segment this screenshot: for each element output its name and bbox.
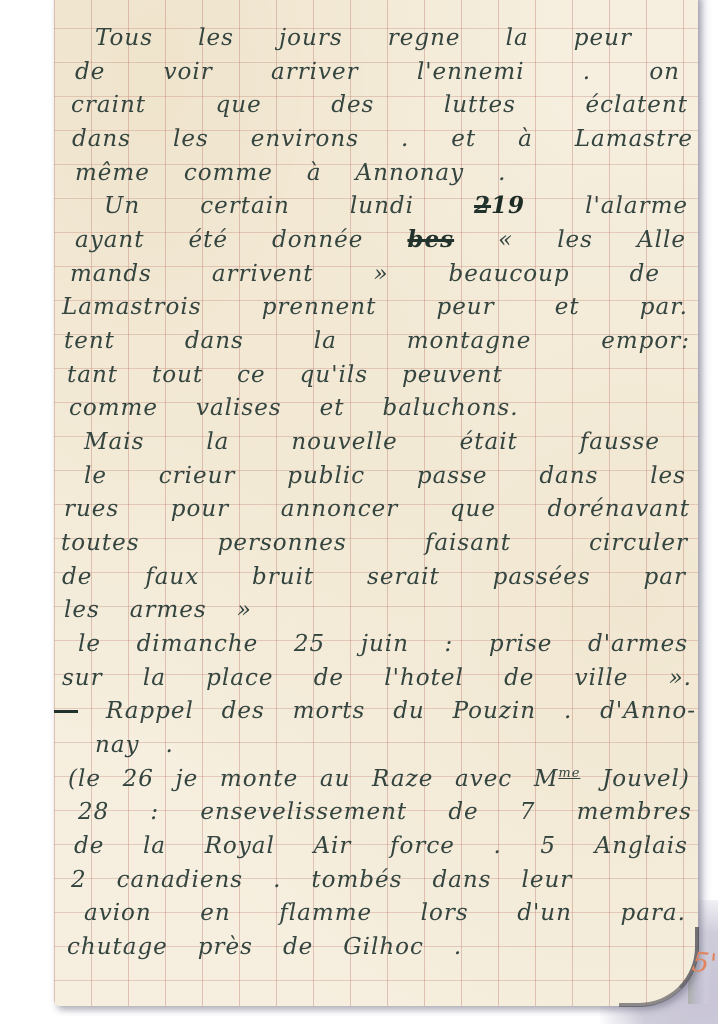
word: d'un bbox=[517, 897, 572, 929]
handwritten-line: (le26jemonteauRazeavecMmeJouvel) bbox=[68, 763, 690, 797]
word: de bbox=[504, 662, 534, 694]
word: . bbox=[401, 123, 409, 155]
word: Pouzin bbox=[453, 695, 537, 727]
word: la bbox=[143, 830, 166, 862]
handwritten-line: ruespourannoncerquedorénavant bbox=[64, 493, 690, 527]
word: 26 bbox=[123, 763, 154, 795]
word: canadiens bbox=[117, 864, 243, 896]
word: ce bbox=[237, 359, 266, 391]
word: 28 bbox=[78, 796, 109, 828]
word: juin bbox=[361, 628, 409, 660]
handwritten-line: avionenflammelorsd'unpara. bbox=[84, 897, 686, 931]
word: dimanche bbox=[137, 628, 259, 660]
word: le bbox=[78, 628, 101, 660]
word: ». bbox=[669, 662, 692, 694]
word: crieur bbox=[159, 460, 236, 492]
word: morts bbox=[293, 695, 366, 727]
word: tombés bbox=[311, 864, 402, 896]
word: Un bbox=[104, 190, 140, 222]
handwritten-line: lecrieurpublicpassedansles bbox=[84, 460, 686, 494]
word: et bbox=[451, 123, 476, 155]
word: montagne bbox=[407, 325, 532, 357]
word: 2 bbox=[71, 864, 87, 896]
word: les bbox=[650, 460, 686, 492]
word: prennent bbox=[262, 291, 377, 323]
handwritten-line: defauxbruitseraitpasséespar bbox=[62, 561, 686, 595]
word: d'armes bbox=[588, 628, 688, 660]
word: faux bbox=[145, 561, 199, 593]
word: peur bbox=[574, 22, 632, 54]
word: l'alarme bbox=[585, 190, 688, 222]
word: comme bbox=[184, 157, 273, 189]
handwritten-line: 2canadiens.tombésdansleur bbox=[71, 864, 684, 898]
word: en bbox=[200, 897, 230, 929]
handwritten-line: tentdanslamontagneempor: bbox=[64, 325, 690, 359]
word: 25 bbox=[294, 628, 325, 660]
word: éclatent bbox=[586, 89, 688, 121]
word: prise bbox=[489, 628, 553, 660]
word: . bbox=[583, 56, 591, 88]
word: près bbox=[198, 931, 253, 963]
word: Air bbox=[313, 830, 351, 862]
word: . bbox=[454, 931, 462, 963]
handwritten-line: ledimanche25juin:prised'armes bbox=[78, 628, 688, 662]
word: place bbox=[206, 662, 273, 694]
word: Alle bbox=[637, 224, 686, 256]
word: que bbox=[450, 493, 496, 525]
word: avion bbox=[84, 897, 152, 929]
handwritten-line: Uncertainlundi219l'alarme bbox=[104, 190, 688, 224]
word: je bbox=[176, 763, 199, 795]
word: Annonay bbox=[356, 157, 465, 189]
word: flamme bbox=[279, 897, 372, 929]
word: toutes bbox=[61, 527, 140, 559]
word: donnée bbox=[272, 224, 363, 256]
word: de bbox=[630, 258, 660, 290]
word: de bbox=[74, 830, 104, 862]
handwritten-line: ayantétédonnéebes«lesAlle bbox=[75, 224, 686, 258]
word: du bbox=[393, 695, 425, 727]
word: faisant bbox=[425, 527, 511, 559]
word: chutage bbox=[67, 931, 168, 963]
handwritten-line: Lamastroisprennentpeuretpar. bbox=[62, 291, 688, 325]
word: . bbox=[498, 157, 506, 189]
handwritten-line: Touslesjoursregnelapeur bbox=[95, 22, 632, 56]
word: serait bbox=[367, 561, 440, 593]
word: avec bbox=[455, 763, 512, 795]
word: baluchons. bbox=[382, 392, 518, 424]
word: par bbox=[644, 561, 686, 593]
word: monte bbox=[220, 763, 298, 795]
word: para. bbox=[620, 897, 685, 929]
word: les bbox=[557, 224, 593, 256]
word: empor: bbox=[601, 325, 690, 357]
word: peur bbox=[436, 291, 494, 323]
word: Lamastre bbox=[575, 123, 693, 155]
word: luttes bbox=[444, 89, 516, 121]
word: annoncer bbox=[281, 493, 399, 525]
word: été bbox=[189, 224, 228, 256]
word: et bbox=[320, 392, 345, 424]
handwritten-line: craintquedeslutteséclatent bbox=[71, 89, 688, 123]
handwritten-line: mandsarrivent»beaucoupde bbox=[70, 258, 660, 292]
word: au bbox=[320, 763, 351, 795]
word: dans bbox=[539, 460, 598, 492]
word: tout bbox=[152, 359, 203, 391]
word: . bbox=[166, 729, 174, 761]
word: 219 bbox=[474, 190, 525, 222]
handwritten-text: Touslesjoursregnelapeurdevoirarriverl'en… bbox=[54, 0, 698, 1006]
word: . bbox=[273, 864, 281, 896]
word: force bbox=[390, 830, 455, 862]
word: pour bbox=[171, 493, 229, 525]
handwritten-line: nay. bbox=[95, 729, 684, 763]
word: passées bbox=[493, 561, 591, 593]
word: dorénavant bbox=[548, 493, 690, 525]
word: était bbox=[460, 426, 518, 458]
word: Royal bbox=[205, 830, 275, 862]
word: . bbox=[564, 695, 572, 727]
word: dans bbox=[185, 325, 244, 357]
word: membres bbox=[577, 796, 692, 828]
handwritten-line: devoirarriverl'ennemi.on bbox=[75, 56, 680, 90]
handwritten-line: —RappeldesmortsduPouzin.d'Anno- bbox=[54, 695, 696, 729]
word: Rappel bbox=[106, 695, 194, 727]
handwritten-line: mêmecommeàAnnonay. bbox=[75, 157, 684, 191]
word: « bbox=[498, 224, 513, 256]
word: à bbox=[518, 123, 533, 155]
word: — bbox=[54, 695, 78, 727]
handwritten-line: toutespersonnesfaisantcirculer bbox=[61, 527, 688, 561]
word: : bbox=[445, 628, 454, 660]
word: tent bbox=[64, 325, 115, 357]
word: peuvent bbox=[402, 359, 503, 391]
handwritten-line: 28:ensevelissementde7membres bbox=[78, 796, 692, 830]
word: la bbox=[506, 22, 529, 54]
word: fausse bbox=[580, 426, 660, 458]
word: les bbox=[64, 594, 100, 626]
word: Raze bbox=[372, 763, 433, 795]
word: leur bbox=[522, 864, 573, 896]
word: de bbox=[448, 796, 478, 828]
word: des bbox=[222, 695, 265, 727]
word: à bbox=[307, 157, 322, 189]
handwritten-line: lesarmes» bbox=[64, 594, 684, 628]
word: ayant bbox=[75, 224, 144, 256]
word: jours bbox=[279, 22, 343, 54]
word: la bbox=[206, 426, 229, 458]
word: beaucoup bbox=[449, 258, 570, 290]
word: le bbox=[84, 460, 107, 492]
handwritten-line: surlaplacedel'hoteldeville». bbox=[62, 662, 692, 696]
word: (le bbox=[68, 763, 101, 795]
word: Jouvel) bbox=[602, 763, 690, 795]
word: nay bbox=[95, 729, 140, 761]
word: Mme bbox=[534, 763, 581, 799]
word: les bbox=[173, 123, 209, 155]
word: rues bbox=[64, 493, 119, 525]
word: bes bbox=[407, 224, 454, 256]
word: l'ennemi bbox=[417, 56, 525, 88]
word: sur bbox=[62, 662, 103, 694]
word: arriver bbox=[271, 56, 359, 88]
word: de bbox=[314, 662, 344, 694]
word: qu'ils bbox=[300, 359, 368, 391]
word: 7 bbox=[520, 796, 536, 828]
word: nouvelle bbox=[291, 426, 397, 458]
word: lundi bbox=[350, 190, 414, 222]
word: et bbox=[555, 291, 580, 323]
word: personnes bbox=[218, 527, 347, 559]
word: Anglais bbox=[595, 830, 688, 862]
handwritten-line: danslesenvirons.etàLamastre bbox=[72, 123, 693, 157]
word: les bbox=[198, 22, 234, 54]
word: : bbox=[150, 796, 159, 828]
word: ensevelissement bbox=[200, 796, 407, 828]
word: environs bbox=[251, 123, 359, 155]
word: ville bbox=[575, 662, 629, 694]
word: certain bbox=[200, 190, 290, 222]
word: bruit bbox=[252, 561, 314, 593]
word: de bbox=[283, 931, 313, 963]
word: valises bbox=[196, 392, 282, 424]
word: . bbox=[493, 830, 501, 862]
word: 5 bbox=[540, 830, 556, 862]
word: Mais bbox=[84, 426, 144, 458]
handwritten-line: commevalisesetbaluchons. bbox=[69, 392, 684, 426]
word: Lamastrois bbox=[62, 291, 202, 323]
word: passe bbox=[417, 460, 488, 492]
word: même bbox=[75, 157, 150, 189]
word: » bbox=[374, 258, 389, 290]
handwritten-line: tanttoutcequ'ilspeuvent bbox=[67, 359, 684, 393]
word: l'hotel bbox=[384, 662, 464, 694]
handwritten-line: chutageprèsdeGilhoc. bbox=[67, 931, 684, 965]
word: armes bbox=[130, 594, 207, 626]
word: d'Anno- bbox=[600, 695, 696, 727]
word: craint bbox=[71, 89, 146, 121]
word: Gilhoc bbox=[343, 931, 424, 963]
word: public bbox=[287, 460, 365, 492]
word: par. bbox=[640, 291, 688, 323]
word: que bbox=[216, 89, 262, 121]
word: dans bbox=[432, 864, 491, 896]
handwritten-line: Maislanouvelleétaitfausse bbox=[84, 426, 660, 460]
word: arrivent bbox=[212, 258, 314, 290]
word: lors bbox=[421, 897, 469, 929]
notebook-page: Touslesjoursregnelapeurdevoirarriverl'en… bbox=[54, 0, 698, 1006]
word: circuler bbox=[589, 527, 688, 559]
word: regne bbox=[388, 22, 461, 54]
pencil-page-number: 5' bbox=[690, 947, 718, 980]
word: la bbox=[314, 325, 337, 357]
word: dans bbox=[72, 123, 131, 155]
word: de bbox=[62, 561, 92, 593]
word: la bbox=[143, 662, 166, 694]
word: tant bbox=[67, 359, 118, 391]
handwritten-line: delaRoyalAirforce.5Anglais bbox=[74, 830, 688, 864]
word: on bbox=[649, 56, 680, 88]
word: voir bbox=[164, 56, 213, 88]
word: comme bbox=[69, 392, 158, 424]
word: mands bbox=[70, 258, 152, 290]
scanned-notebook-page: Touslesjoursregnelapeurdevoirarriverl'en… bbox=[0, 0, 718, 1024]
word: de bbox=[75, 56, 105, 88]
word: Tous bbox=[95, 22, 153, 54]
word: des bbox=[331, 89, 374, 121]
word: » bbox=[237, 594, 252, 626]
